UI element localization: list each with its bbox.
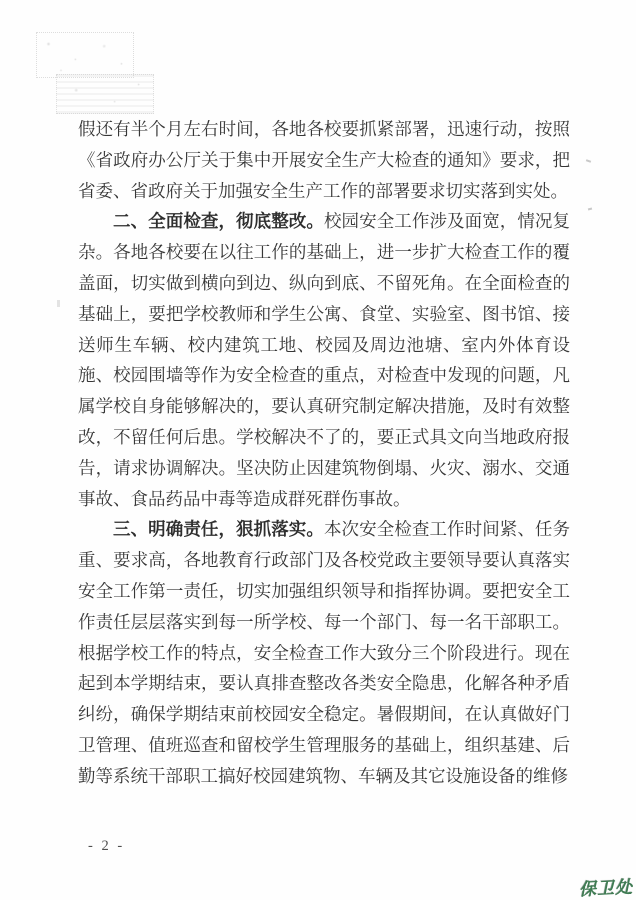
stamp-blot-lower <box>56 74 154 114</box>
body-paragraph: 二、全面检查，彻底整改。校园安全工作涉及面宽，情况复杂。各地各校要在以往工作的基… <box>78 206 570 514</box>
scan-artifact <box>57 300 60 307</box>
scanned-document-page: 假还有半个月左右时间，各地各校要抓紧部署，迅速行动，按照《省政府办公厅关于集中开… <box>0 0 636 900</box>
paragraph-text: 假还有半个月左右时间，各地各校要抓紧部署，迅速行动，按照《省政府办公厅关于集中开… <box>78 119 570 201</box>
stamp-blot-upper <box>36 32 134 78</box>
faded-stamp-smudge <box>36 30 154 114</box>
paragraph-text: 校园安全工作涉及面宽，情况复杂。各地各校要在以往工作的基础上，进一步扩大检查工作… <box>78 211 570 508</box>
department-stamp-label: 保卫处 <box>578 873 633 900</box>
paragraph-heading: 二、全面检查，彻底整改。 <box>113 211 324 231</box>
document-body: 假还有半个月左右时间，各地各校要抓紧部署，迅速行动，按照《省政府办公厅关于集中开… <box>78 114 570 792</box>
body-paragraph: 三、明确责任，狠抓落实。本次安全检查工作时间紧、任务重、要求高，各地教育行政部门… <box>78 514 570 791</box>
scan-artifact <box>588 208 592 211</box>
scan-artifact <box>586 159 591 163</box>
paragraph-heading: 三、明确责任，狠抓落实。 <box>113 519 324 539</box>
page-number: - 2 - <box>88 838 125 855</box>
body-paragraph: 假还有半个月左右时间，各地各校要抓紧部署，迅速行动，按照《省政府办公厅关于集中开… <box>78 114 570 206</box>
paragraph-text: 本次安全检查工作时间紧、任务重、要求高，各地教育行政部门及各校党政主要领导要认真… <box>78 519 570 785</box>
